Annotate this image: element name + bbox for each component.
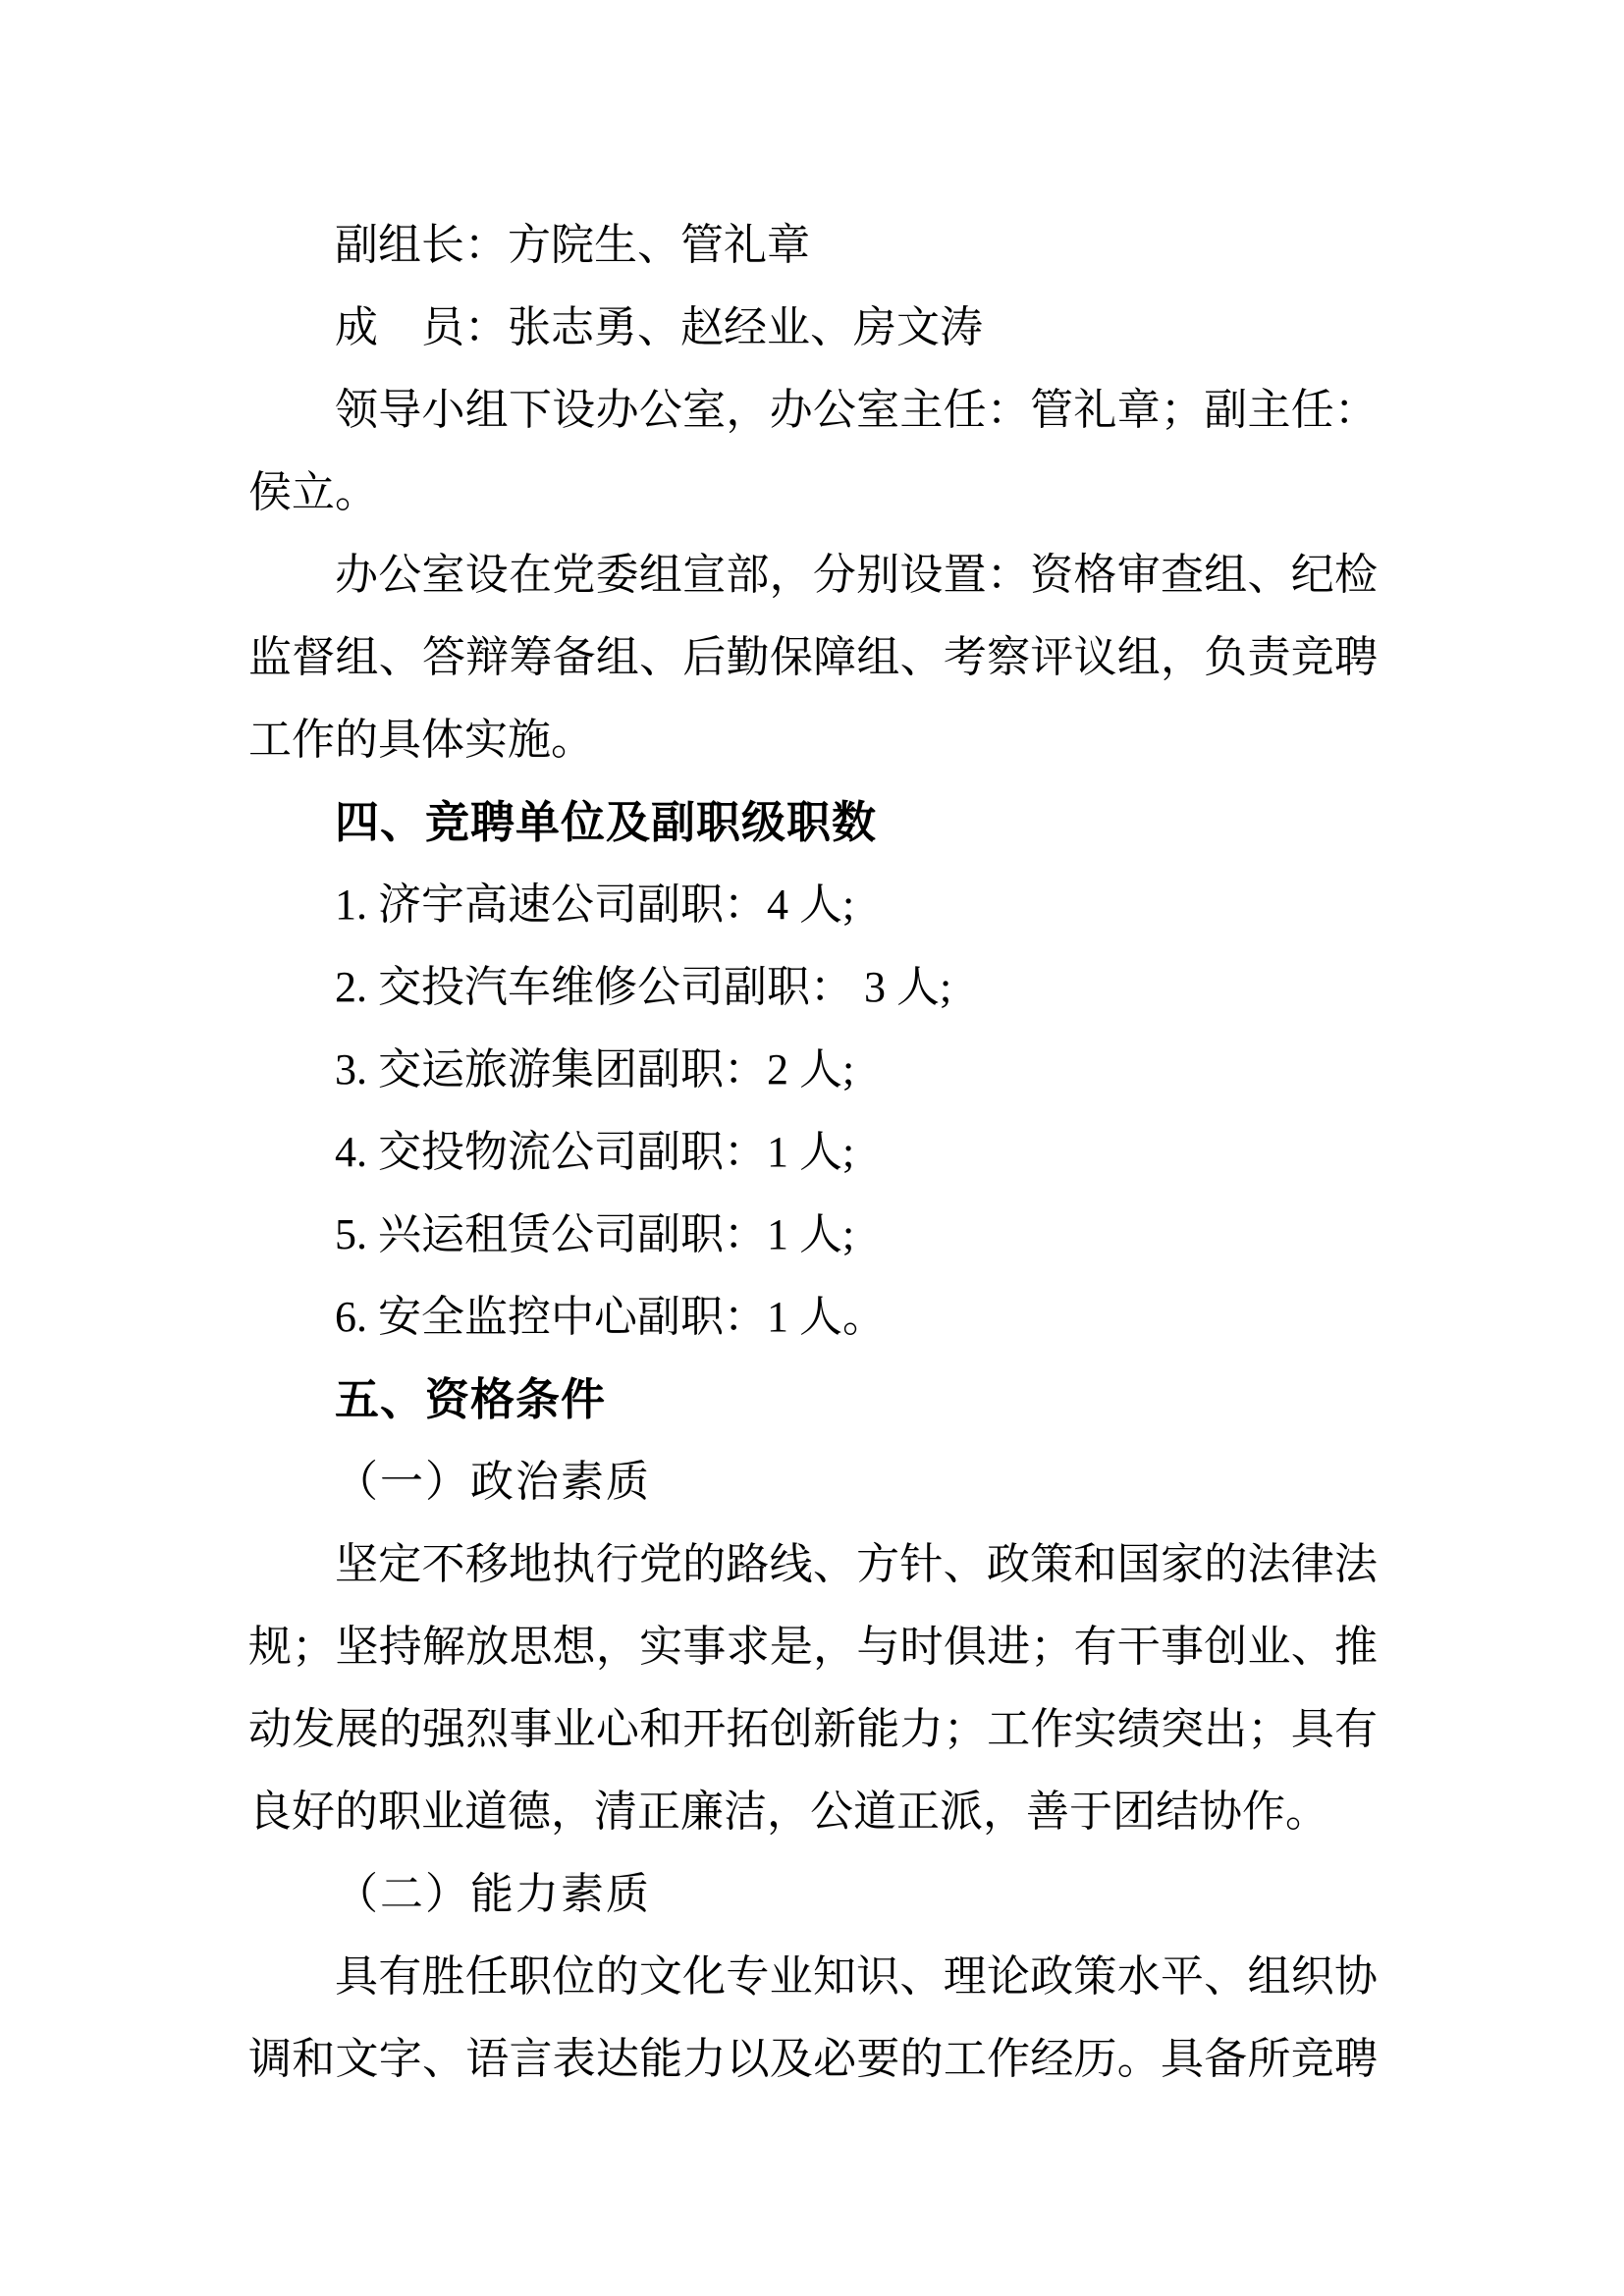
section-heading: 五、资格条件 xyxy=(248,1359,1378,1441)
document-line: 副组长：方院生、管礼章 xyxy=(248,204,1378,287)
section-subheading: （二）能力素质 xyxy=(248,1853,1378,1936)
document-line: 1. 济宇高速公司副职：4 人; xyxy=(248,864,1378,946)
document-line: 工作的具体实施。 xyxy=(248,699,1378,781)
section-heading: 四、竞聘单位及副职级职数 xyxy=(248,781,1378,864)
document-page: 副组长：方院生、管礼章成 员：张志勇、赵经业、房文涛领导小组下设办公室，办公室主… xyxy=(0,0,1624,2296)
document-line: 调和文字、语言表达能力以及必要的工作经历。具备所竞聘 xyxy=(248,2018,1378,2101)
document-line: 办公室设在党委组宣部，分别设置：资格审查组、纪检 xyxy=(248,534,1378,616)
document-line: 具有胜任职位的文化专业知识、理论政策水平、组织协 xyxy=(248,1936,1378,2018)
document-line: 6. 安全监控中心副职：1 人。 xyxy=(248,1276,1378,1359)
document-line: 4. 交投物流公司副职：1 人; xyxy=(248,1111,1378,1194)
document-line: 领导小组下设办公室，办公室主任：管礼章；副主任： xyxy=(248,369,1378,452)
document-line: 规；坚持解放思想，实事求是，与时俱进；有干事创业、推 xyxy=(248,1606,1378,1688)
document-line: 5. 兴运租赁公司副职：1 人; xyxy=(248,1194,1378,1276)
document-line: 动发展的强烈事业心和开拓创新能力；工作实绩突出；具有 xyxy=(248,1688,1378,1771)
document-line: 成 员：张志勇、赵经业、房文涛 xyxy=(248,287,1378,369)
document-line: 3. 交运旅游集团副职：2 人; xyxy=(248,1029,1378,1111)
document-line: 2. 交投汽车维修公司副职： 3 人; xyxy=(248,946,1378,1029)
document-line: 侯立。 xyxy=(248,452,1378,534)
document-text-block: 副组长：方院生、管礼章成 员：张志勇、赵经业、房文涛领导小组下设办公室，办公室主… xyxy=(248,204,1378,2101)
section-subheading: （一）政治素质 xyxy=(248,1441,1378,1523)
document-line: 良好的职业道德，清正廉洁，公道正派，善于团结协作。 xyxy=(248,1771,1378,1853)
document-line: 坚定不移地执行党的路线、方针、政策和国家的法律法 xyxy=(248,1523,1378,1606)
document-line: 监督组、答辩筹备组、后勤保障组、考察评议组，负责竞聘 xyxy=(248,616,1378,699)
